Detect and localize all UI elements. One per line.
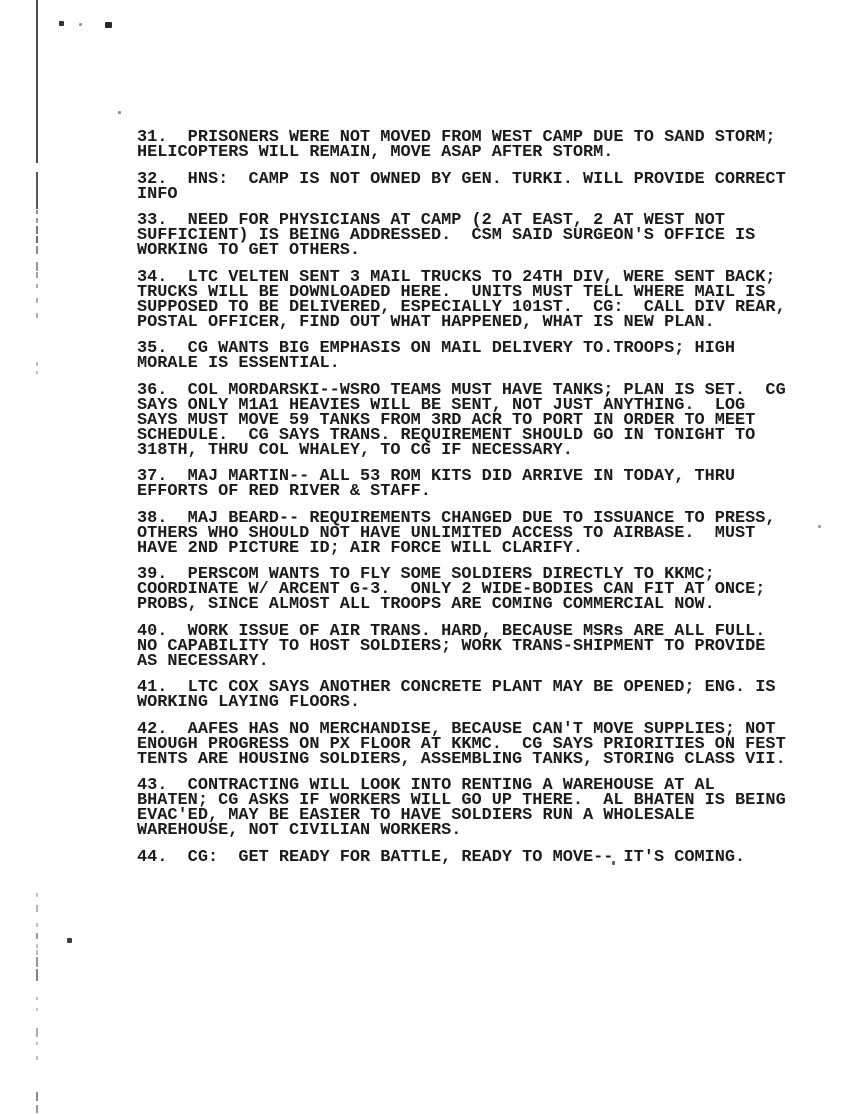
margin-line-segment [36, 1056, 38, 1060]
margin-line-segment [36, 997, 38, 1000]
memo-paragraph: 40. WORK ISSUE OF AIR TRANS. HARD, BECAU… [137, 624, 827, 669]
margin-line-segment [36, 969, 38, 981]
margin-line-segment [36, 905, 38, 912]
memo-paragraph: 32. HNS: CAMP IS NOT OWNED BY GEN. TURKI… [137, 172, 827, 202]
memo-text: 31. PRISONERS WERE NOT MOVED FROM WEST C… [137, 130, 827, 876]
margin-line-segment [36, 313, 38, 318]
margin-line-segment [36, 272, 38, 278]
memo-line: 32. HNS: CAMP IS NOT OWNED BY GEN. TURKI… [137, 172, 827, 187]
margin-line-segment [36, 1028, 38, 1037]
memo-line: WORKING LAYING FLOORS. [137, 695, 827, 710]
memo-line: INFO [137, 187, 827, 202]
margin-line-segment [36, 262, 38, 271]
margin-line-segment [36, 218, 38, 223]
memo-line: PROBS, SINCE ALMOST ALL TROOPS ARE COMIN… [137, 597, 827, 612]
margin-line-segment [36, 1092, 38, 1101]
margin-line-segment [36, 1042, 38, 1045]
margin-line-segment [36, 210, 38, 214]
margin-line-segment [36, 284, 38, 288]
memo-paragraph: 34. LTC VELTEN SENT 3 MAIL TRUCKS TO 24T… [137, 270, 827, 330]
scanned-page: 31. PRISONERS WERE NOT MOVED FROM WEST C… [0, 0, 850, 1114]
margin-line-segment [36, 923, 38, 927]
memo-paragraph: 36. COL MORDARSKI--WSRO TEAMS MUST HAVE … [137, 383, 827, 458]
margin-line-segment [36, 362, 38, 366]
memo-line: EFFORTS OF RED RIVER & STAFF. [137, 484, 827, 499]
memo-line: HELICOPTERS WILL REMAIN, MOVE ASAP AFTER… [137, 145, 827, 160]
memo-line: WAREHOUSE, NOT CIVILIAN WORKERS. [137, 823, 827, 838]
ink-speck [59, 21, 64, 26]
memo-paragraph: 33. NEED FOR PHYSICIANS AT CAMP (2 AT EA… [137, 213, 827, 258]
margin-line-segment [36, 371, 38, 374]
memo-paragraph: 41. LTC COX SAYS ANOTHER CONCRETE PLANT … [137, 680, 827, 710]
memo-line: WORKING TO GET OTHERS. [137, 243, 827, 258]
memo-line: MORALE IS ESSENTIAL. [137, 356, 827, 371]
memo-paragraph: 39. PERSCOM WANTS TO FLY SOME SOLDIERS D… [137, 567, 827, 612]
memo-paragraph: 38. MAJ BEARD-- REQUIREMENTS CHANGED DUE… [137, 511, 827, 556]
margin-line-segment [36, 1008, 38, 1011]
margin-line-segment [36, 226, 38, 234]
margin-line-segment [36, 172, 38, 209]
margin-line-segment [36, 893, 38, 897]
memo-line: 318TH, THRU COL WHALEY, TO CG IF NECESSA… [137, 443, 827, 458]
margin-line-segment [36, 944, 38, 948]
ink-speck [612, 861, 615, 865]
memo-line: POSTAL OFFICER, FIND OUT WHAT HAPPENED, … [137, 315, 827, 330]
memo-paragraph: 35. CG WANTS BIG EMPHASIS ON MAIL DELIVE… [137, 341, 827, 371]
ink-speck [118, 111, 121, 114]
margin-line-segment [36, 1105, 38, 1113]
margin-line-segment [36, 933, 38, 939]
margin-line-segment [36, 236, 38, 243]
memo-line: 44. CG: GET READY FOR BATTLE, READY TO M… [137, 850, 827, 865]
margin-line-segment [36, 950, 38, 955]
memo-paragraph: 31. PRISONERS WERE NOT MOVED FROM WEST C… [137, 130, 827, 160]
memo-line: HAVE 2ND PICTURE ID; AIR FORCE WILL CLAR… [137, 541, 827, 556]
margin-line-segment [36, 246, 38, 254]
memo-paragraph: 37. MAJ MARTIN-- ALL 53 ROM KITS DID ARR… [137, 469, 827, 499]
memo-paragraph: 43. CONTRACTING WILL LOOK INTO RENTING A… [137, 778, 827, 838]
margin-line-segment [36, 298, 38, 303]
ink-speck [67, 938, 72, 943]
memo-paragraph: 44. CG: GET READY FOR BATTLE, READY TO M… [137, 850, 827, 865]
ink-speck [818, 525, 821, 528]
memo-line: AS NECESSARY. [137, 654, 827, 669]
margin-line-segment [36, 0, 38, 163]
ink-speck [105, 22, 112, 28]
memo-paragraph: 42. AAFES HAS NO MERCHANDISE, BECAUSE CA… [137, 722, 827, 767]
ink-speck [79, 23, 82, 26]
margin-line-segment [36, 957, 38, 967]
memo-line: TENTS ARE HOUSING SOLDIERS, ASSEMBLING T… [137, 752, 827, 767]
